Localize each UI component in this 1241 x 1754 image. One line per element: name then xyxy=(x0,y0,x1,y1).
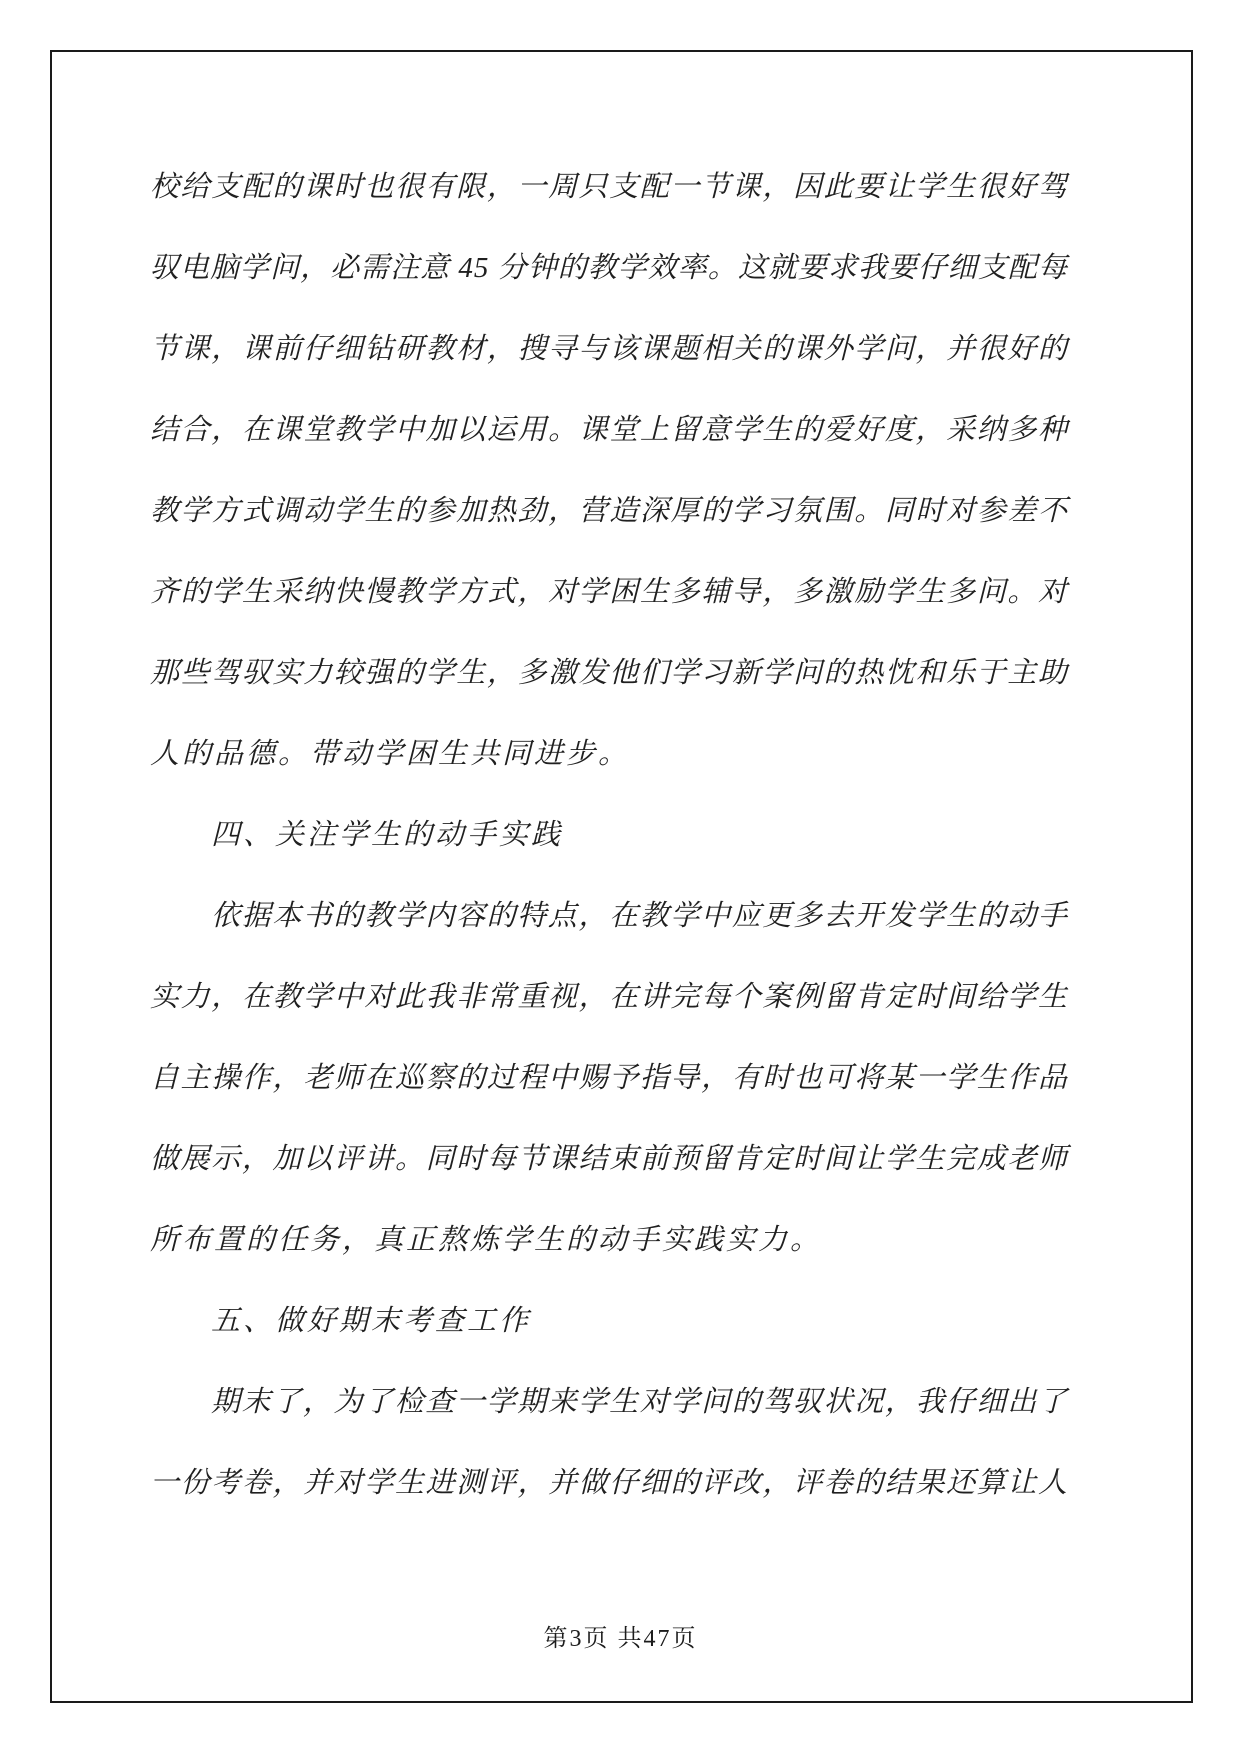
document-page: 校给支配的课时也很有限，一周只支配一节课，因此要让学生很好驾 驭电脑学问，必需注… xyxy=(0,0,1241,1754)
paragraph-start: 期末了，为了检查一学期来学生对学问的驾驭状况，我仔细出了 xyxy=(150,1362,1068,1443)
paragraph-start: 依据本书的教学内容的特点，在教学中应更多去开发学生的动手 xyxy=(150,876,1068,957)
text-line: 节课，课前仔细钻研教材，搜寻与该课题相关的课外学问，并很好的 xyxy=(150,309,1068,390)
text-line: 驭电脑学问，必需注意 45 分钟的教学效率。这就要求我要仔细支配每 xyxy=(150,228,1068,309)
page-footer: 第3页 共47页 xyxy=(0,1618,1241,1653)
section-heading-4: 四、关注学生的动手实践 xyxy=(150,795,1068,876)
text-line: 齐的学生采纳快慢教学方式，对学困生多辅导，多激励学生多问。对 xyxy=(150,552,1068,633)
text-line: 实力，在教学中对此我非常重视，在讲完每个案例留肯定时间给学生 xyxy=(150,957,1068,1038)
text-line: 人的品德。带动学困生共同进步。 xyxy=(150,714,1068,795)
text-line: 做展示，加以评讲。同时每节课结束前预留肯定时间让学生完成老师 xyxy=(150,1119,1068,1200)
section-heading-5: 五、做好期末考查工作 xyxy=(150,1281,1068,1362)
text-line: 一份考卷，并对学生进测评，并做仔细的评改，评卷的结果还算让人 xyxy=(150,1443,1068,1524)
text-line: 自主操作，老师在巡察的过程中赐予指导，有时也可将某一学生作品 xyxy=(150,1038,1068,1119)
text-line: 结合，在课堂教学中加以运用。课堂上留意学生的爱好度，采纳多种 xyxy=(150,390,1068,471)
text-line: 那些驾驭实力较强的学生，多激发他们学习新学问的热忱和乐于主助 xyxy=(150,633,1068,714)
body-text: 校给支配的课时也很有限，一周只支配一节课，因此要让学生很好驾 驭电脑学问，必需注… xyxy=(150,147,1068,1524)
text-line: 教学方式调动学生的参加热劲，营造深厚的学习氛围。同时对参差不 xyxy=(150,471,1068,552)
text-line: 所布置的任务，真正熬炼学生的动手实践实力。 xyxy=(150,1200,1068,1281)
text-line: 校给支配的课时也很有限，一周只支配一节课，因此要让学生很好驾 xyxy=(150,147,1068,228)
